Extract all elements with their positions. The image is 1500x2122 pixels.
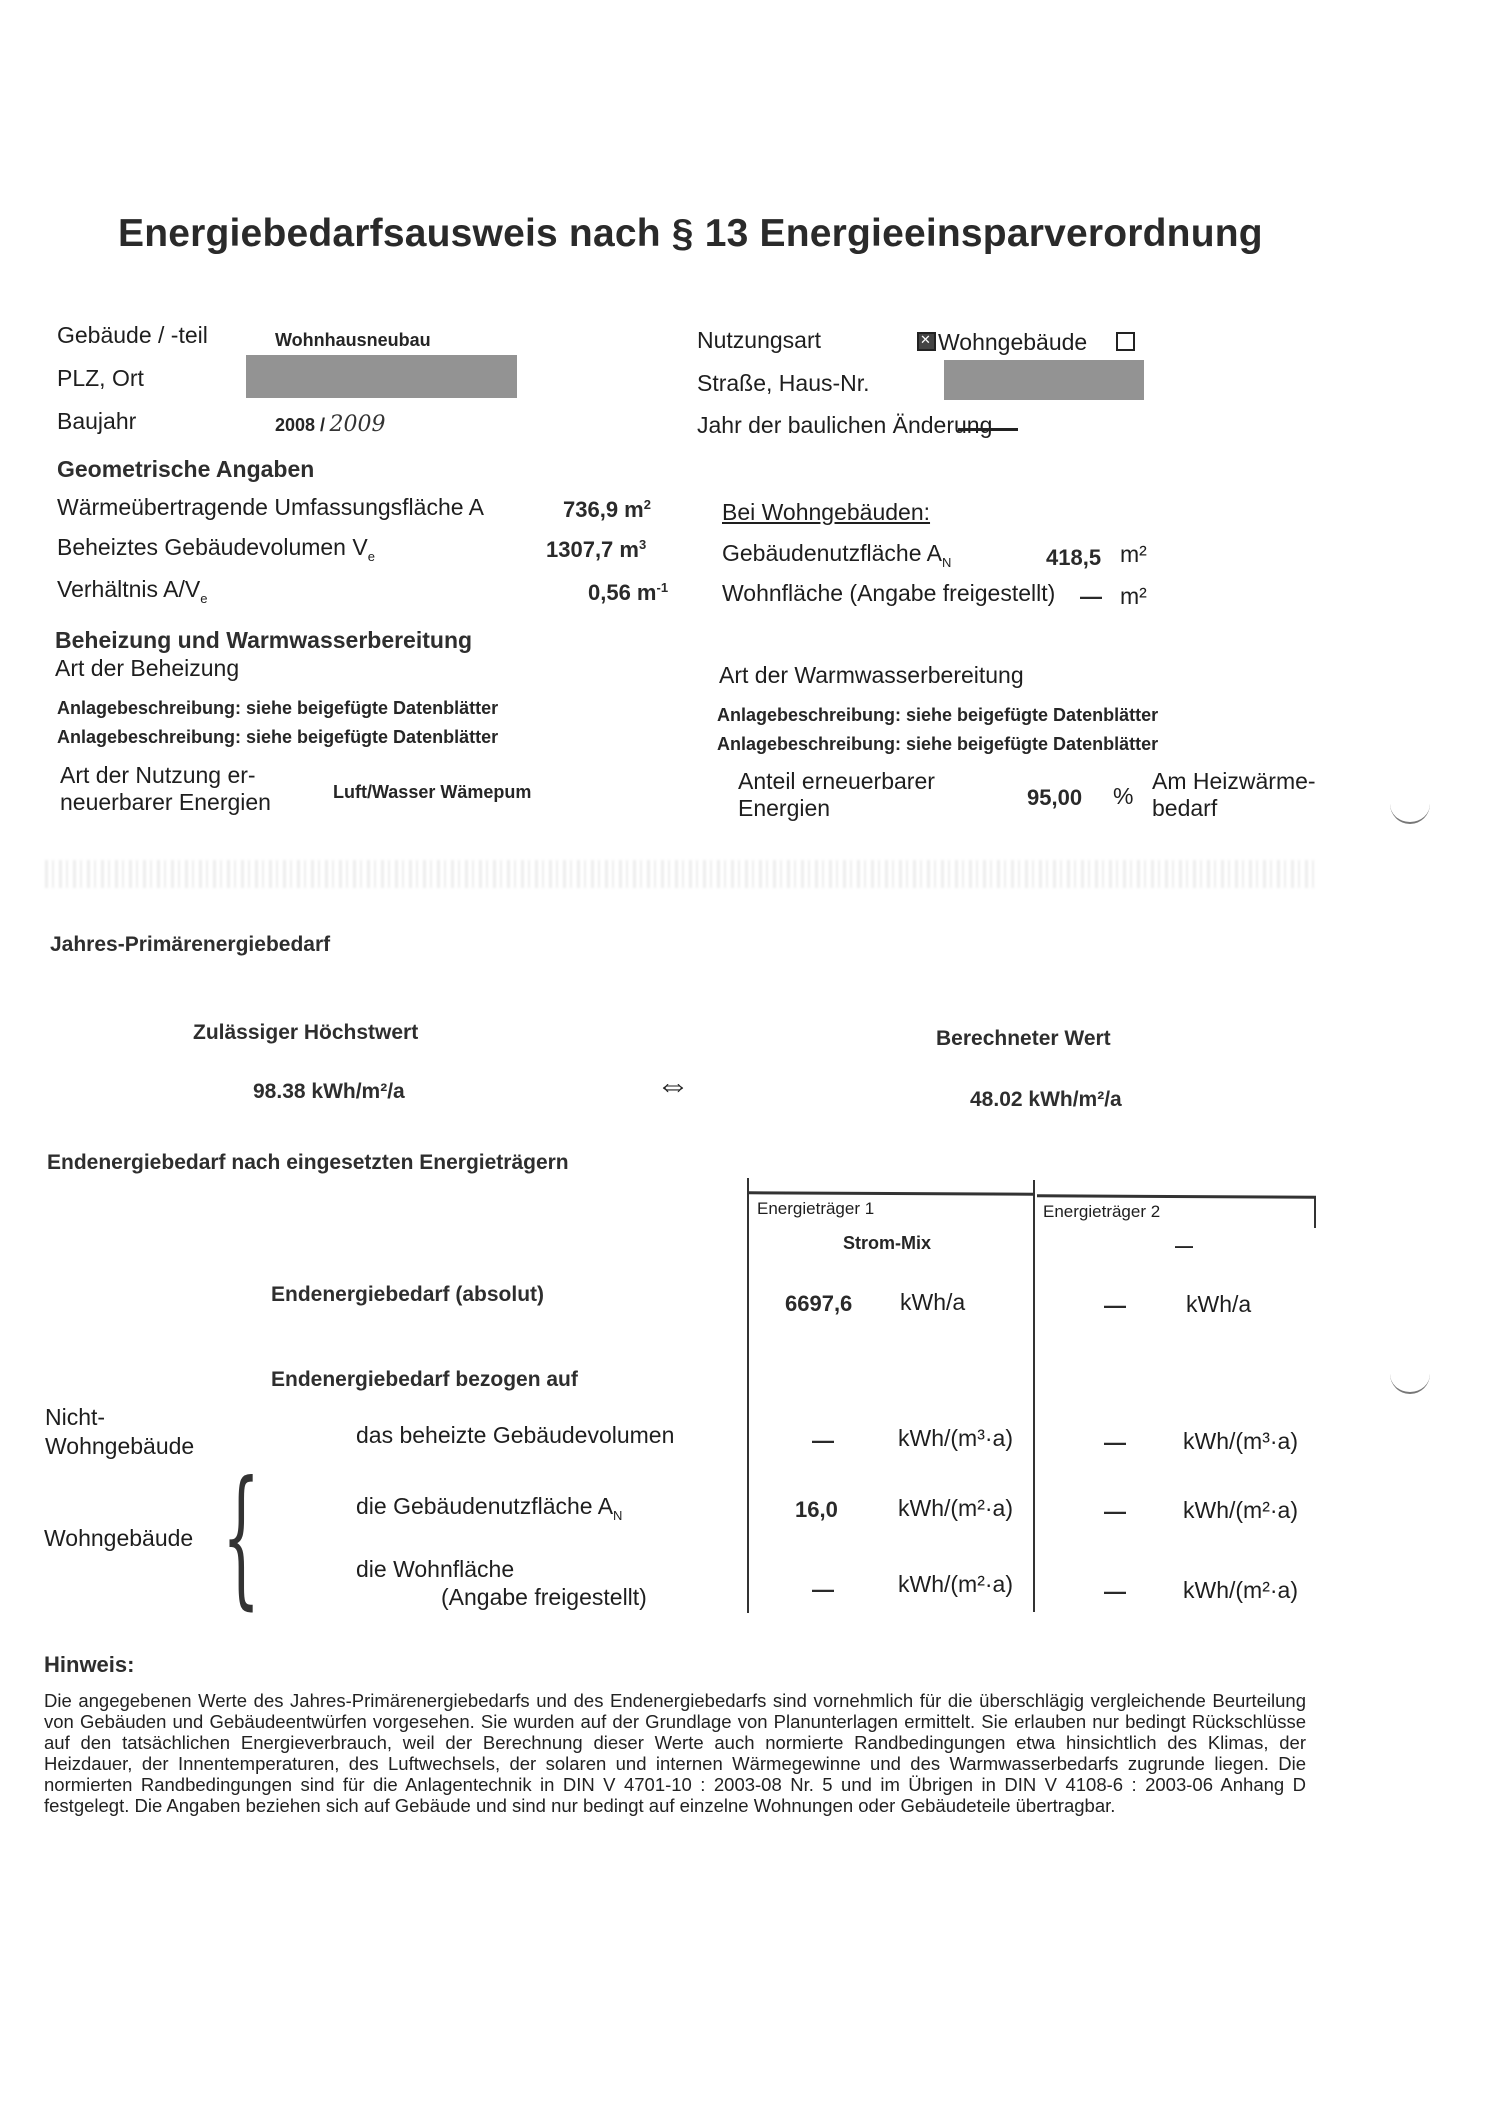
related-row-c1-unit: kWh/(m²·a) <box>898 1571 1013 1598</box>
art-warmwasser-label: Art der Warmwasserbereitung <box>719 662 1024 689</box>
art-warmwasser-line: Anlagebeschreibung: siehe beigefügte Dat… <box>717 734 1158 755</box>
related-row-c1-value: 16,0 <box>795 1497 838 1523</box>
related-row-c2-value: — <box>1104 1499 1126 1525</box>
art-beheizung-label: Art der Beheizung <box>55 655 239 682</box>
carrier-1-label: Energieträger 1 <box>757 1199 874 1219</box>
renewable-share-unit: % <box>1113 783 1133 810</box>
wohngebaeude-checkbox[interactable] <box>917 332 936 351</box>
plz-ort-redacted <box>246 355 517 398</box>
related-row-c2-unit: kWh/(m²·a) <box>1183 1497 1298 1524</box>
related-row-label: das beheizte Gebäudevolumen <box>356 1422 674 1449</box>
baujahr-handwritten: 2009 <box>330 412 386 437</box>
max-value: 98.38 kWh/m²/a <box>253 1080 405 1104</box>
table-border <box>1033 1180 1035 1612</box>
table-border <box>747 1178 749 1613</box>
brace-icon: { <box>222 1462 260 1612</box>
notice-text: Die angegebenen Werte des Jahres-Primäre… <box>44 1690 1306 1816</box>
table-border <box>749 1191 1034 1195</box>
renewable-share-label: Anteil erneuerbarer Energien <box>738 768 935 822</box>
document-title: Energiebedarfsausweis nach § 13 Energiee… <box>118 212 1263 256</box>
residential-row-value: — <box>1080 584 1102 610</box>
residential-row-value: 418,5 <box>1046 545 1101 571</box>
faded-scan-line <box>45 860 1315 888</box>
related-row-c2-value: — <box>1104 1430 1126 1456</box>
related-row-c1-value: — <box>812 1428 834 1454</box>
primary-energy-heading: Jahres-Primärenergiebedarf <box>50 933 330 957</box>
renewable-use-value: Luft/Wasser Wämepum <box>333 782 531 803</box>
other-usage-checkbox[interactable] <box>1116 332 1135 351</box>
related-row-c2-unit: kWh/(m²·a) <box>1183 1577 1298 1604</box>
carrier-1-value: Strom-Mix <box>843 1233 931 1254</box>
strasse-label: Straße, Haus-Nr. <box>697 370 870 397</box>
max-value-label: Zulässiger Höchstwert <box>193 1021 418 1045</box>
geometry-heading: Geometrische Angaben <box>57 456 314 483</box>
related-row-c1-value: — <box>812 1577 834 1603</box>
art-beheizung-line: Anlagebeschreibung: siehe beigefügte Dat… <box>57 727 498 748</box>
residential-row-unit: m² <box>1120 583 1147 610</box>
calculated-value-label: Berechneter Wert <box>936 1027 1111 1051</box>
final-energy-heading: Endenergiebedarf nach eingesetzten Energ… <box>47 1151 569 1175</box>
residential-heading: Bei Wohngebäuden: <box>722 499 930 526</box>
non-residential-label: Nicht- Wohngebäude <box>45 1403 194 1461</box>
wohngebaeude-option-label: Wohngebäude <box>938 329 1087 355</box>
margin-mark <box>1390 800 1430 824</box>
residential-label: Wohngebäude <box>44 1525 193 1552</box>
calculated-value: 48.02 kWh/m²/a <box>970 1088 1122 1112</box>
related-row-c2-value: — <box>1104 1579 1126 1605</box>
residential-row-label: Wohnfläche (Angabe freigestellt) <box>722 580 1055 607</box>
residential-row-label: Gebäudenutzfläche AN <box>722 540 951 567</box>
strasse-redacted <box>944 360 1144 400</box>
geometry-row-label: Wärmeübertragende Umfassungsfläche A <box>57 494 484 521</box>
geometry-row-value: 736,9 m2 <box>563 497 651 523</box>
absolute-c2-value: — <box>1104 1293 1126 1319</box>
related-row-label: die Gebäudenutzfläche AN <box>356 1493 622 1520</box>
absolute-c1-value: 6697,6 <box>785 1291 852 1317</box>
table-border <box>1314 1198 1316 1228</box>
art-beheizung-line: Anlagebeschreibung: siehe beigefügte Dat… <box>57 698 498 719</box>
absolute-label: Endenergiebedarf (absolut) <box>271 1283 544 1307</box>
comparison-arrow-icon: ⇔ <box>656 1066 690 1105</box>
baujahr-printed: 2008 / <box>275 415 325 435</box>
heating-heading: Beheizung und Warmwasserbereitung <box>55 627 472 654</box>
residential-row-unit: m² <box>1120 541 1147 568</box>
related-heading: Endenergiebedarf bezogen auf <box>271 1368 578 1392</box>
carrier-2-value: — <box>1175 1236 1193 1257</box>
baujahr-label: Baujahr <box>57 408 136 435</box>
geometry-row-value: 0,56 m-1 <box>588 580 668 606</box>
absolute-c1-unit: kWh/a <box>900 1289 965 1316</box>
renewable-share-value: 95,00 <box>1027 785 1082 811</box>
geometry-row-label: Beheiztes Gebäudevolumen Ve <box>57 534 375 561</box>
table-border <box>1037 1194 1316 1198</box>
margin-mark <box>1390 1370 1430 1394</box>
geometry-row-value: 1307,7 m3 <box>546 537 646 563</box>
baujahr-value: 2008 / 2009 <box>275 412 386 437</box>
related-row-c1-unit: kWh/(m³·a) <box>898 1425 1013 1452</box>
aenderung-label: Jahr der baulichen Änderung <box>697 412 992 439</box>
related-row-label: die Wohnfläche (Angabe freigestellt) <box>356 1555 647 1611</box>
geometry-row-label: Verhältnis A/Ve <box>57 576 207 603</box>
renewable-use-label: Art der Nutzung er- neuerbarer Energien <box>60 762 271 816</box>
aenderung-value-dash <box>958 428 1018 431</box>
gebaeude-label: Gebäude / -teil <box>57 322 208 349</box>
art-warmwasser-line: Anlagebeschreibung: siehe beigefügte Dat… <box>717 705 1158 726</box>
carrier-2-label: Energieträger 2 <box>1043 1202 1160 1222</box>
nutzungsart-label: Nutzungsart <box>697 327 821 354</box>
renewable-share-reference: Am Heizwärme- bedarf <box>1152 768 1316 822</box>
plz-ort-label: PLZ, Ort <box>57 365 144 392</box>
related-row-c2-unit: kWh/(m³·a) <box>1183 1428 1298 1455</box>
notice-heading: Hinweis: <box>44 1652 134 1678</box>
nutzungsart-options: Wohngebäude <box>917 329 1137 356</box>
gebaeude-value: Wohnhausneubau <box>275 330 431 351</box>
absolute-c2-unit: kWh/a <box>1186 1291 1251 1318</box>
related-row-c1-unit: kWh/(m²·a) <box>898 1495 1013 1522</box>
